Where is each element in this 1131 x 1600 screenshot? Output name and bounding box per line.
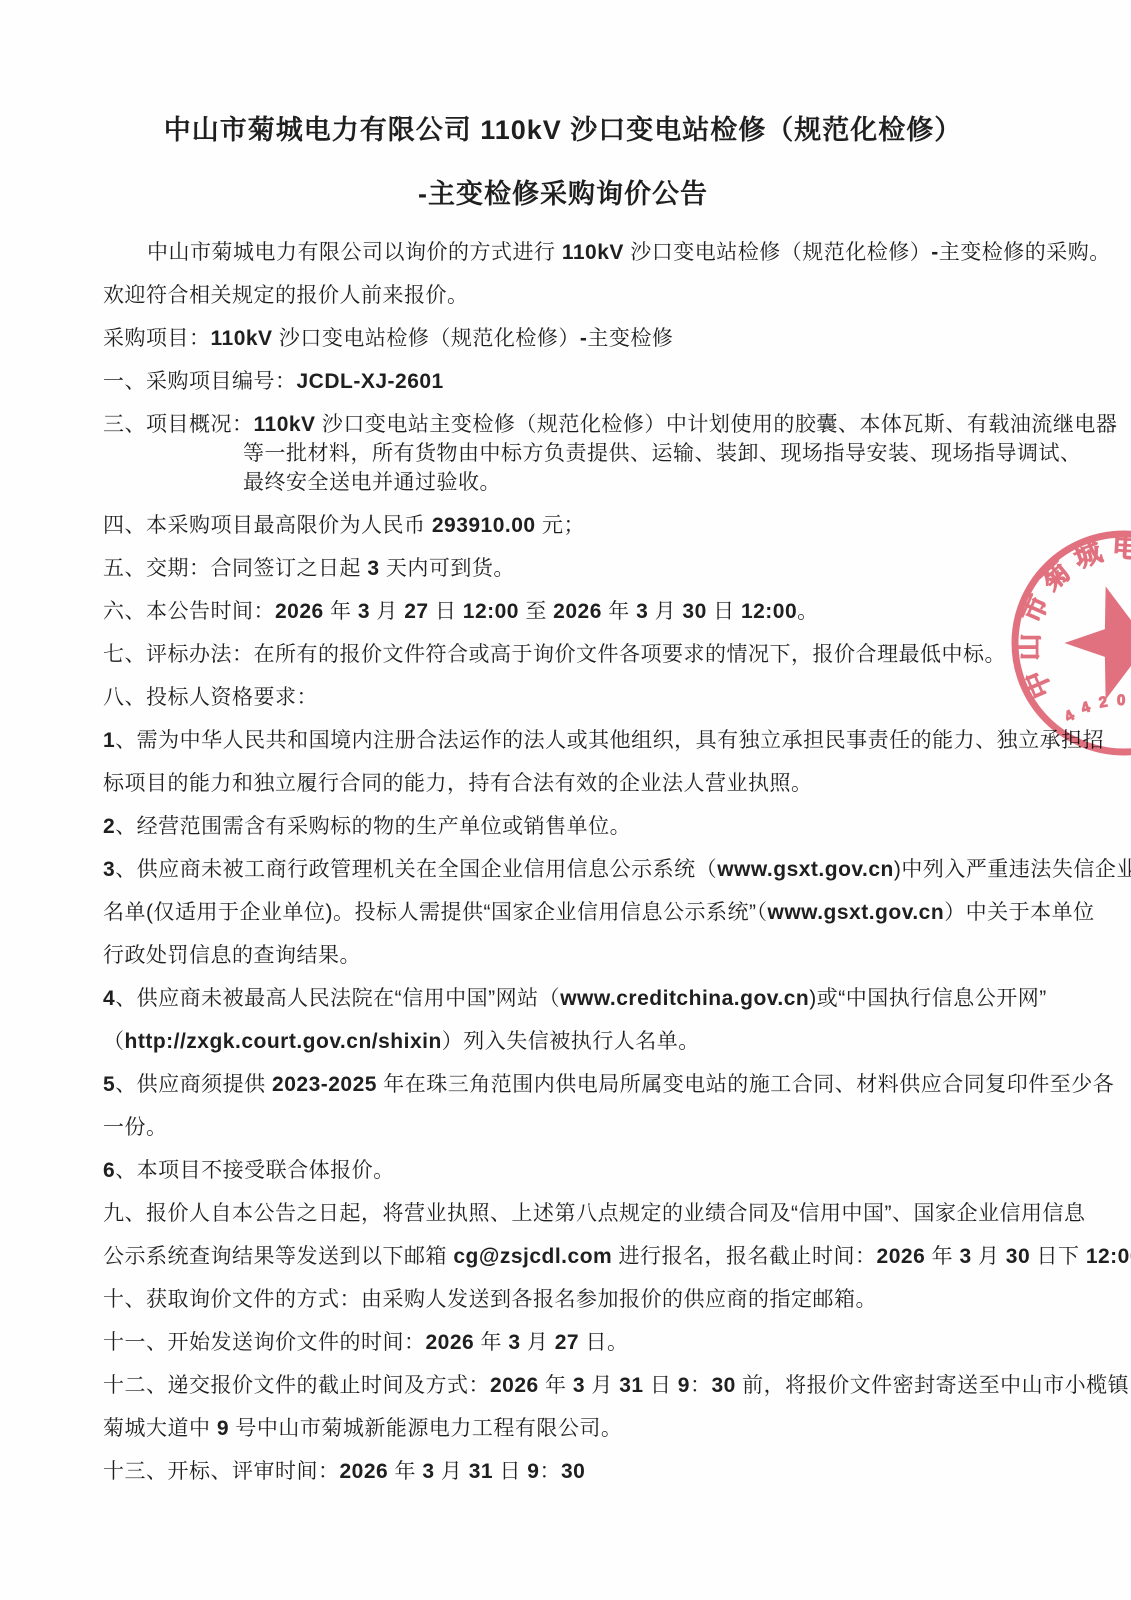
paragraph-line: 八、投标人资格要求： <box>103 683 1023 713</box>
paragraph-line: 名单(仅适用于企业单位)。投标人需提供“国家企业信用信息公示系统”（www.gs… <box>103 898 1023 928</box>
latin-run: 27 <box>555 1331 579 1354</box>
seal-code-text: 4420 <box>1062 692 1131 726</box>
latin-run: 1 <box>103 729 115 752</box>
latin-run: cg@zsjcdl.com <box>453 1245 612 1268</box>
paragraph-line: 中山市菊城电力有限公司以询价的方式进行 110kV 沙口变电站检修（规范化检修）… <box>103 238 1023 268</box>
paragraph-line: 2、经营范围需含有采购标的物的生产单位或销售单位。 <box>103 812 1023 842</box>
paragraph-line: 等一批材料，所有货物由中标方负责提供、运输、装卸、现场指导安装、现场指导调试、 <box>243 439 1023 469</box>
latin-run: 2026 <box>877 1245 926 1268</box>
latin-run: 31 <box>619 1374 643 1397</box>
paragraph-line: 十、获取询价文件的方式：由采购人发送到各报名参加报价的供应商的指定邮箱。 <box>103 1285 1023 1315</box>
latin-run: 3 <box>959 1245 971 1268</box>
paragraph-line: 4、供应商未被最高人民法院在“信用中国”网站（www.creditchina.g… <box>103 984 1023 1014</box>
paragraph-line: 最终安全送电并通过验收。 <box>243 468 1023 498</box>
latin-run: 12:00 <box>741 600 797 623</box>
latin-run: 30 <box>682 600 706 623</box>
star-icon <box>1066 588 1131 698</box>
latin-run: 27 <box>404 600 428 623</box>
latin-run: 3 <box>508 1331 520 1354</box>
latin-run: www.gsxt.gov.cn <box>717 858 894 881</box>
announcement-document: 中山市菊城电力有限公司 110kV 沙口变电站检修（规范化检修） -主变检修采购… <box>103 110 1023 1500</box>
latin-run: 2026 <box>275 600 324 623</box>
paragraph-line: 三、项目概况：110kV 沙口变电站主变检修（规范化检修）中计划使用的胶囊、本体… <box>103 410 1023 440</box>
latin-run: 3 <box>103 858 115 881</box>
latin-run: 3 <box>636 600 648 623</box>
latin-run: 31 <box>469 1460 493 1483</box>
latin-run: 3 <box>358 600 370 623</box>
latin-run: JCDL-XJ-2601 <box>297 370 444 393</box>
paragraph-line: 十三、开标、评审时间：2026 年 3 月 31 日 9：30 <box>103 1457 1023 1487</box>
latin-run: 9 <box>527 1460 539 1483</box>
paragraph-line: 四、本采购项目最高限价为人民币 293910.00 元； <box>103 511 1023 541</box>
latin-run: 2026 <box>340 1460 389 1483</box>
paragraph-line: 公示系统查询结果等发送到以下邮箱 cg@zsjcdl.com 进行报名，报名截止… <box>103 1242 1023 1272</box>
document-title-line2: -主变检修采购询价公告 <box>103 174 1023 214</box>
paragraph-line: 菊城大道中 9 号中山市菊城新能源电力工程有限公司。 <box>103 1414 1023 1444</box>
paragraph-line: 5、供应商须提供 2023-2025 年在珠三角范围内供电局所属变电站的施工合同… <box>103 1070 1023 1100</box>
paragraph-line: 十一、开始发送询价文件的时间：2026 年 3 月 27 日。 <box>103 1328 1023 1358</box>
latin-run: 3 <box>422 1460 434 1483</box>
latin-run: 5 <box>103 1073 115 1096</box>
latin-run: www.creditchina.gov.cn <box>560 987 809 1010</box>
latin-run: 4 <box>103 987 115 1010</box>
latin-run: 30 <box>711 1374 735 1397</box>
latin-run: 12:00 <box>1086 1245 1131 1268</box>
latin-run: 30 <box>561 1460 585 1483</box>
latin-run: 110kV <box>211 327 273 350</box>
paragraph-line: 1、需为中华人民共和国境内注册合法运作的法人或其他组织，具有独立承担民事责任的能… <box>103 726 1023 756</box>
latin-run: 293910.00 <box>432 514 536 537</box>
latin-run: 30 <box>1006 1245 1030 1268</box>
paragraph-line: （http://zxgk.court.gov.cn/shixin）列入失信被执行… <box>103 1027 1023 1057</box>
document-lines: 中山市菊城电力有限公司以询价的方式进行 110kV 沙口变电站检修（规范化检修）… <box>103 238 1023 1487</box>
latin-run: 2026 <box>553 600 602 623</box>
paragraph-line: 七、评标办法：在所有的报价文件符合或高于询价文件各项要求的情况下，报价合理最低中… <box>103 640 1023 670</box>
latin-run: - <box>580 327 588 350</box>
latin-run: 3 <box>573 1374 585 1397</box>
paragraph-line: 欢迎符合相关规定的报价人前来报价。 <box>103 281 1023 311</box>
latin-run: 9 <box>217 1417 229 1440</box>
paragraph-line: 五、交期：合同签订之日起 3 天内可到货。 <box>103 554 1023 584</box>
latin-run: 2026 <box>490 1374 539 1397</box>
paragraph-line: 标项目的能力和独立履行合同的能力，持有合法有效的企业法人营业执照。 <box>103 769 1023 799</box>
latin-run: 6 <box>103 1159 115 1182</box>
svg-text:中山市菊城电: 中山市菊城电 <box>1014 532 1131 702</box>
latin-run: 2026 <box>426 1331 475 1354</box>
latin-run: www.gsxt.gov.cn <box>767 901 944 924</box>
svg-text:4420: 4420 <box>1062 692 1131 726</box>
latin-run: 9 <box>678 1374 690 1397</box>
paragraph-line: 6、本项目不接受联合体报价。 <box>103 1156 1023 1186</box>
latin-run: - <box>931 241 939 264</box>
paragraph-line: 六、本公告时间：2026 年 3 月 27 日 12:00 至 2026 年 3… <box>103 597 1023 627</box>
seal-ring <box>1015 534 1131 752</box>
seal-arc-text: 中山市菊城电 <box>1014 532 1131 702</box>
paragraph-line: 一、采购项目编号：JCDL-XJ-2601 <box>103 367 1023 397</box>
paragraph-line: 十二、递交报价文件的截止时间及方式：2026 年 3 月 31 日 9：30 前… <box>103 1371 1023 1401</box>
paragraph-line: 采购项目：110kV 沙口变电站检修（规范化检修）-主变检修 <box>103 324 1023 354</box>
paragraph-line: 九、报价人自本公告之日起，将营业执照、上述第八点规定的业绩合同及“信用中国”、国… <box>103 1199 1023 1229</box>
latin-run: 110kV <box>562 241 624 264</box>
paragraph-line: 行政处罚信息的查询结果。 <box>103 941 1023 971</box>
paragraph-line: 一份。 <box>103 1113 1023 1143</box>
paragraph-line: 3、供应商未被工商行政管理机关在全国企业信用信息公示系统（www.gsxt.go… <box>103 855 1023 885</box>
document-page: 中山市菊城电力有限公司 110kV 沙口变电站检修（规范化检修） -主变检修采购… <box>0 0 1131 1600</box>
latin-run: 12:00 <box>463 600 519 623</box>
latin-run: 2 <box>103 815 115 838</box>
latin-run: http://zxgk.court.gov.cn/shixin <box>125 1030 442 1053</box>
latin-run: 110kV <box>254 413 316 436</box>
latin-run: 3 <box>367 557 379 580</box>
document-title-line1: 中山市菊城电力有限公司 110kV 沙口变电站检修（规范化检修） <box>103 110 1023 150</box>
latin-run: 2023-2025 <box>272 1073 377 1096</box>
